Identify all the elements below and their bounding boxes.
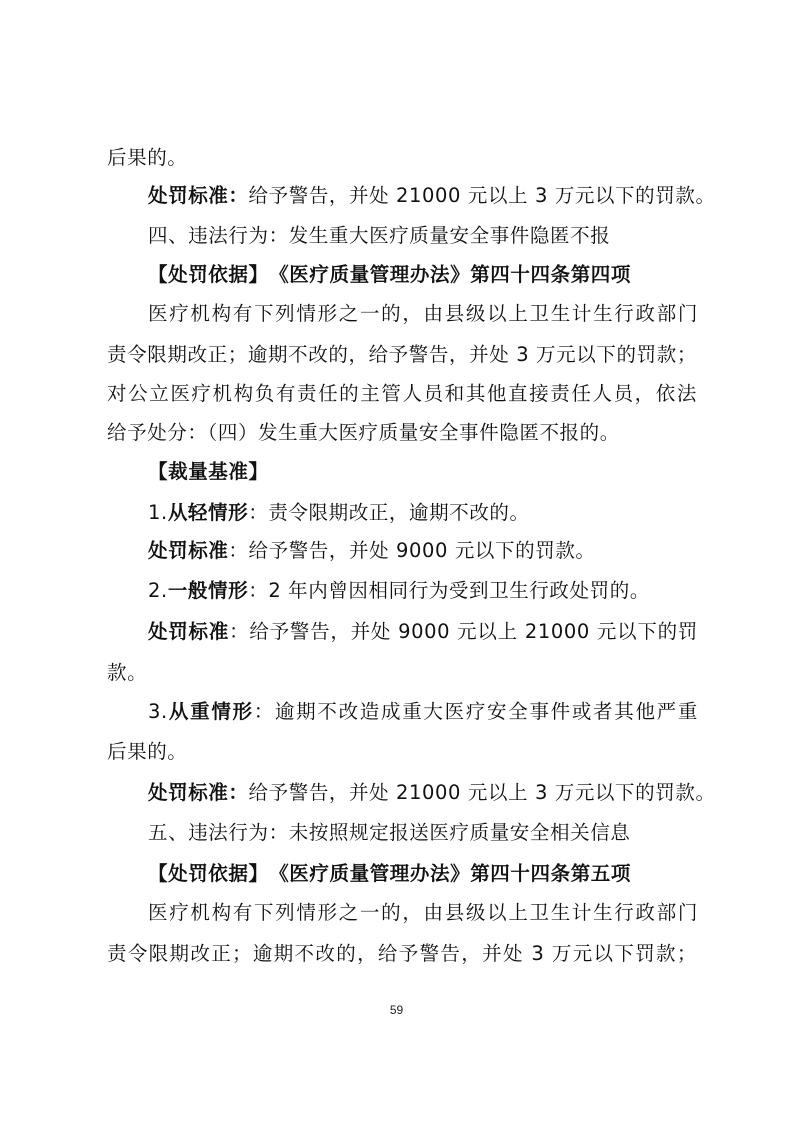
line-text: ：逾期不改造成重大医疗安全事件或者其他严重 bbox=[254, 700, 698, 723]
paragraph-line: 后果的。 bbox=[107, 740, 697, 764]
paragraph-line: 后果的。 bbox=[107, 146, 697, 170]
line-text: ：责令限期改正，逾期不改的。 bbox=[248, 501, 529, 524]
item-number: 3. bbox=[148, 700, 168, 723]
line-text: 责令限期改正；逾期不改的，给予警告，并处 3 万元以下罚款； bbox=[107, 942, 697, 965]
penalty-standard-label: 处罚标准 bbox=[148, 539, 228, 562]
penalty-basis-heading-4: 【处罚依据】 《医疗质量管理办法》第四十四条第四项 bbox=[148, 263, 698, 287]
paragraph-line: 对公立医疗机构负有责任的主管人员和其他直接责任人员，依法 bbox=[107, 382, 697, 406]
document-page: 后果的。 处罚标准：给予警告，并处 21000 元以上 3 万元以下的罚款。 四… bbox=[0, 0, 793, 1122]
mild-circumstance-line: 1.从轻情形：责令限期改正，逾期不改的。 bbox=[148, 501, 698, 525]
line-text: 五、违法行为：未按照规定报送医疗质量安全相关信息 bbox=[148, 821, 630, 844]
paragraph-line: 责令限期改正；逾期不改的，给予警告，并处 3 万元以下的罚款； bbox=[107, 343, 697, 367]
line-text: 给予处分：（四）发生重大医疗质量安全事件隐匿不报的。 bbox=[107, 421, 620, 444]
line-text: ：2 年内曾因相同行为受到卫生行政处罚的。 bbox=[248, 579, 650, 602]
line-text: 【处罚依据】 《医疗质量管理办法》第四十四条第五项 bbox=[148, 862, 631, 885]
line-text: ：给予警告，并处 9000 元以上 21000 元以下的罚 bbox=[229, 620, 698, 643]
line-text: 【裁量基准】 bbox=[148, 460, 269, 483]
violation-heading-4: 四、违法行为：发生重大医疗质量安全事件隐匿不报 bbox=[148, 224, 698, 248]
line-text: 后果的。 bbox=[107, 146, 187, 169]
paragraph-line: 款。 bbox=[107, 661, 697, 685]
line-text: ：给予警告，并处 9000 元以下的罚款。 bbox=[228, 539, 595, 562]
paragraph-line: 给予处分：（四）发生重大医疗质量安全事件隐匿不报的。 bbox=[107, 421, 697, 445]
line-text: 医疗机构有下列情形之一的，由县级以上卫生计生行政部门 bbox=[148, 901, 698, 924]
line-text: 给予警告，并处 21000 元以上 3 万元以下的罚款。 bbox=[249, 781, 716, 804]
line-text: 给予警告，并处 21000 元以上 3 万元以下的罚款。 bbox=[249, 184, 716, 207]
penalty-basis-heading-5: 【处罚依据】 《医疗质量管理办法》第四十四条第五项 bbox=[148, 862, 698, 886]
page-number: 59 bbox=[0, 1003, 793, 1017]
paragraph-line: 医疗机构有下列情形之一的，由县级以上卫生计生行政部门 bbox=[148, 901, 698, 925]
penalty-standard-line: 处罚标准：给予警告，并处 9000 元以下的罚款。 bbox=[148, 539, 698, 563]
penalty-standard-line: 处罚标准：给予警告，并处 9000 元以上 21000 元以下的罚 bbox=[148, 620, 698, 644]
severe-circumstance-line: 3.从重情形：逾期不改造成重大医疗安全事件或者其他严重 bbox=[148, 700, 698, 724]
line-text: 后果的。 bbox=[107, 740, 187, 763]
line-text: 责令限期改正；逾期不改的，给予警告，并处 3 万元以下的罚款； bbox=[107, 343, 697, 366]
penalty-standard-label: 处罚标准 bbox=[148, 620, 229, 643]
line-text: 【处罚依据】 《医疗质量管理办法》第四十四条第四项 bbox=[148, 263, 631, 286]
penalty-standard-line: 处罚标准：给予警告，并处 21000 元以上 3 万元以下的罚款。 bbox=[148, 184, 698, 208]
paragraph-line: 责令限期改正；逾期不改的，给予警告，并处 3 万元以下罚款； bbox=[107, 942, 697, 966]
line-text: 款。 bbox=[107, 661, 147, 684]
discretion-standard-heading: 【裁量基准】 bbox=[148, 460, 698, 484]
penalty-standard-label: 处罚标准： bbox=[148, 184, 249, 207]
violation-heading-5: 五、违法行为：未按照规定报送医疗质量安全相关信息 bbox=[148, 821, 698, 845]
penalty-standard-line: 处罚标准：给予警告，并处 21000 元以上 3 万元以下的罚款。 bbox=[148, 781, 698, 805]
circumstance-label: 从重情形 bbox=[168, 700, 254, 723]
paragraph-line: 医疗机构有下列情形之一的，由县级以上卫生计生行政部门 bbox=[148, 302, 698, 326]
line-text: 四、违法行为：发生重大医疗质量安全事件隐匿不报 bbox=[148, 224, 610, 247]
line-text: 医疗机构有下列情形之一的，由县级以上卫生计生行政部门 bbox=[148, 302, 698, 325]
penalty-standard-label: 处罚标准： bbox=[148, 781, 249, 804]
line-text: 对公立医疗机构负有责任的主管人员和其他直接责任人员，依法 bbox=[107, 382, 697, 405]
general-circumstance-line: 2.一般情形：2 年内曾因相同行为受到卫生行政处罚的。 bbox=[148, 579, 698, 603]
circumstance-label: 从轻情形 bbox=[168, 501, 248, 524]
item-number: 2. bbox=[148, 579, 168, 602]
circumstance-label: 一般情形 bbox=[168, 579, 248, 602]
item-number: 1. bbox=[148, 501, 168, 524]
